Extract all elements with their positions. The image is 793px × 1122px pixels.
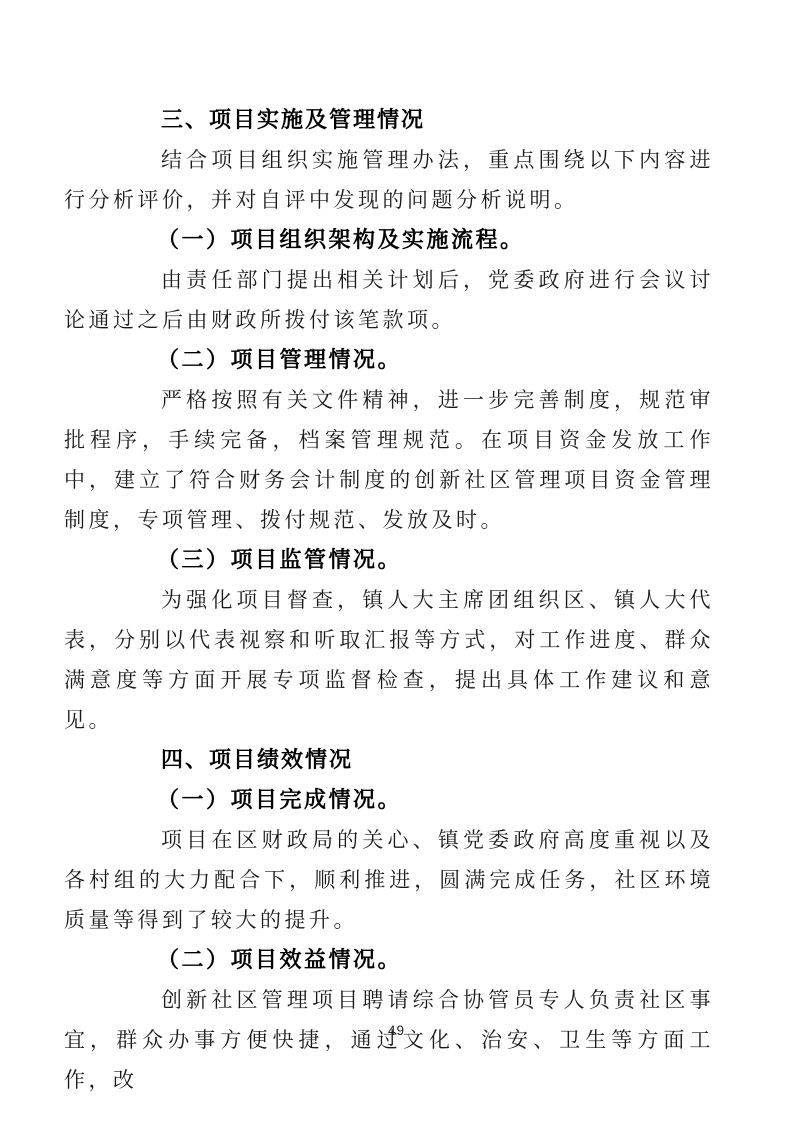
page-content: 三、项目实施及管理情况 结合项目组织实施管理办法，重点围绕以下内容进行分析评价，…	[64, 100, 714, 1100]
subheading-4-2: （二）项目效益情况。	[64, 940, 714, 980]
section-heading-4: 四、项目绩效情况	[64, 740, 714, 780]
subheading-3-1: （一）项目组织架构及实施流程。	[64, 220, 714, 260]
subheading-4-1: （一）项目完成情况。	[64, 780, 714, 820]
paragraph-supervision: 为强化项目督查，镇人大主席团组织区、镇人大代表，分别以代表视察和听取汇报等方式，…	[64, 580, 714, 740]
page-number: 49	[0, 1023, 793, 1039]
subheading-3-2: （二）项目管理情况。	[64, 340, 714, 380]
paragraph-intro: 结合项目组织实施管理办法，重点围绕以下内容进行分析评价，并对自评中发现的问题分析…	[64, 140, 714, 220]
paragraph-completion: 项目在区财政局的关心、镇党委政府高度重视以及各村组的大力配合下，顺利推进，圆满完…	[64, 820, 714, 940]
paragraph-org-structure: 由责任部门提出相关计划后，党委政府进行会议讨论通过之后由财政所拨付该笔款项。	[64, 260, 714, 340]
paragraph-management: 严格按照有关文件精神，进一步完善制度，规范审批程序，手续完备，档案管理规范。在项…	[64, 380, 714, 540]
document-page: 三、项目实施及管理情况 结合项目组织实施管理办法，重点围绕以下内容进行分析评价，…	[0, 0, 793, 1122]
paragraph-benefit: 创新社区管理项目聘请综合协管员专人负责社区事宜，群众办事方便快捷，通过文化、治安…	[64, 980, 714, 1100]
subheading-3-3: （三）项目监管情况。	[64, 540, 714, 580]
section-heading-3: 三、项目实施及管理情况	[64, 100, 714, 140]
